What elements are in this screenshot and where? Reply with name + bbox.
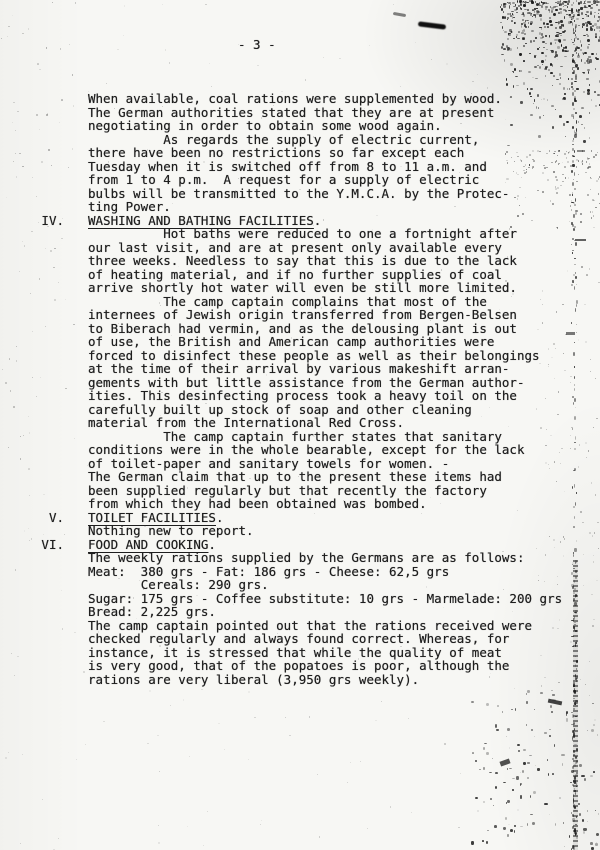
speck	[575, 308, 577, 312]
speck	[257, 65, 259, 66]
speck	[542, 64, 543, 65]
section-iv-title-period: .	[314, 213, 322, 228]
speck	[574, 286, 575, 290]
speck	[582, 150, 583, 152]
speck	[367, 828, 368, 829]
speck	[573, 708, 575, 710]
speck	[28, 28, 29, 29]
speck	[24, 530, 25, 531]
speck	[514, 22, 515, 24]
speck	[503, 30, 504, 32]
speck	[517, 38, 520, 40]
speck	[522, 37, 525, 40]
speck	[492, 758, 493, 760]
speck	[73, 105, 74, 107]
speck	[575, 630, 576, 632]
speck	[13, 161, 15, 162]
speck	[545, 59, 547, 61]
speck	[580, 49, 582, 52]
speck	[549, 36, 550, 38]
speck	[576, 46, 578, 48]
paragraph-hot-baths: Hot baths were reduced to one a fortnigh…	[88, 227, 574, 295]
speck	[534, 55, 537, 57]
speck	[510, 13, 512, 16]
speck	[203, 845, 204, 846]
speck	[317, 774, 318, 775]
speck	[575, 774, 578, 777]
speck	[534, 736, 535, 737]
speck	[573, 2, 575, 4]
speck	[566, 713, 568, 716]
speck	[509, 768, 512, 769]
speck	[68, 167, 69, 169]
speck	[550, 50, 553, 51]
speck	[583, 3, 586, 4]
speck	[550, 705, 552, 708]
speck	[527, 777, 530, 779]
speck	[72, 74, 73, 75]
speck	[575, 30, 576, 32]
speck	[106, 83, 107, 84]
speck	[574, 744, 576, 745]
speck	[549, 35, 551, 38]
speck	[595, 36, 596, 38]
speck	[517, 744, 520, 746]
speck	[32, 377, 33, 378]
speck	[557, 46, 560, 49]
speck	[559, 8, 562, 10]
speck	[583, 828, 586, 831]
speck	[562, 2, 563, 5]
speck	[539, 2, 540, 5]
speck	[563, 47, 566, 49]
ink-dash	[577, 150, 585, 152]
paragraph-rations-meat-cereals: Meat: 380 grs - Fat: 186 grs - Cheese: 6…	[88, 565, 574, 592]
speck	[162, 4, 164, 5]
speck	[593, 619, 594, 621]
speck	[522, 30, 523, 32]
speck	[505, 817, 507, 820]
speck	[16, 360, 17, 361]
speck	[584, 127, 585, 129]
speck	[482, 840, 484, 842]
speck	[544, 26, 546, 28]
speck	[515, 76, 518, 77]
speck	[574, 806, 576, 809]
speck	[524, 33, 526, 35]
speck	[576, 668, 578, 670]
speck	[260, 824, 261, 825]
speck	[583, 53, 585, 56]
speck	[575, 210, 577, 212]
speck	[574, 130, 575, 134]
speck	[577, 67, 578, 70]
section-vi-numeral: VI.	[30, 538, 64, 552]
speck	[513, 85, 514, 88]
speck	[525, 26, 528, 28]
speck	[585, 7, 587, 8]
ink-dash	[575, 239, 586, 241]
speck	[533, 791, 536, 794]
speck	[516, 34, 518, 35]
speck	[596, 26, 599, 28]
speck	[520, 8, 523, 10]
speck	[506, 78, 507, 81]
speck	[575, 560, 577, 563]
speck	[169, 62, 170, 63]
speck	[582, 7, 584, 8]
speck	[581, 161, 583, 163]
speck	[587, 24, 588, 26]
speck	[497, 705, 499, 706]
speck	[559, 3, 561, 6]
speck	[555, 54, 558, 57]
speck	[574, 548, 576, 552]
speck	[537, 11, 540, 13]
speck	[526, 693, 528, 695]
speck	[514, 9, 517, 11]
speck	[554, 744, 556, 747]
speck	[555, 27, 557, 29]
section-iv-heading: IV.WASHING AND BATHING FACILITIES.	[88, 214, 574, 228]
speck	[539, 66, 541, 69]
speck	[574, 780, 576, 784]
speck	[590, 177, 592, 178]
speck	[571, 19, 572, 20]
speck	[563, 87, 565, 90]
speck	[530, 88, 533, 90]
speck	[285, 717, 287, 718]
speck	[590, 28, 593, 31]
speck	[541, 60, 544, 63]
speck	[8, 447, 10, 448]
speck	[569, 835, 570, 838]
speck	[581, 59, 583, 62]
speck	[535, 15, 536, 18]
speck	[561, 24, 563, 27]
speck	[572, 826, 574, 829]
speck	[85, 744, 86, 745]
speck	[538, 4, 539, 5]
speck	[575, 716, 577, 717]
speck	[574, 50, 576, 52]
speck	[501, 54, 504, 55]
speck	[572, 758, 574, 760]
speck	[16, 176, 17, 178]
speck	[574, 62, 576, 64]
speck	[594, 91, 596, 93]
speck	[555, 35, 557, 37]
speck	[524, 24, 525, 27]
speck	[521, 25, 522, 28]
speck	[574, 204, 576, 206]
speck	[573, 846, 575, 850]
speck	[567, 3, 569, 6]
speck	[575, 594, 577, 597]
speck	[593, 156, 595, 158]
speck	[503, 11, 504, 13]
speck	[574, 448, 576, 450]
speck	[528, 26, 530, 28]
speck	[557, 1, 560, 2]
speck	[512, 14, 514, 16]
speck	[576, 300, 578, 304]
speck	[511, 709, 513, 711]
speck	[594, 719, 595, 720]
speck	[595, 378, 597, 380]
speck	[597, 734, 598, 736]
speck	[531, 13, 532, 15]
speck	[553, 13, 556, 16]
speck	[563, 24, 564, 27]
speck	[514, 830, 515, 833]
section-v-numeral: V.	[30, 511, 64, 525]
speck	[559, 33, 562, 35]
speck	[520, 772, 521, 773]
speck	[524, 5, 525, 6]
speck	[582, 522, 584, 523]
speck	[595, 105, 597, 107]
speck	[556, 32, 559, 33]
speck	[564, 30, 566, 32]
speck	[572, 818, 574, 822]
speck	[565, 10, 568, 12]
speck	[527, 12, 530, 14]
speck	[507, 800, 510, 802]
speck	[589, 163, 590, 165]
speck	[39, 69, 40, 70]
speck	[558, 39, 561, 42]
speck	[576, 304, 578, 307]
speck	[586, 457, 587, 458]
speck	[574, 416, 576, 420]
speck	[555, 2, 557, 4]
speck	[591, 53, 594, 55]
speck	[579, 444, 580, 445]
speck	[36, 114, 38, 115]
speck	[571, 712, 572, 713]
speck	[587, 35, 588, 37]
speck	[54, 299, 56, 301]
speck	[527, 9, 529, 11]
speck	[43, 534, 44, 535]
speck	[560, 35, 562, 36]
speck	[594, 15, 595, 17]
speck	[541, 2, 543, 3]
speck	[574, 690, 576, 694]
speck	[516, 776, 518, 779]
speck	[572, 67, 575, 68]
speck	[507, 728, 510, 731]
speck	[590, 842, 593, 845]
speck	[594, 23, 597, 26]
speck	[584, 52, 587, 54]
speck	[531, 30, 534, 32]
speck	[540, 692, 542, 694]
speck	[559, 40, 561, 42]
speck	[524, 9, 527, 10]
speck	[483, 801, 484, 802]
speck	[545, 8, 547, 11]
speck	[560, 0, 561, 3]
speck	[524, 2, 526, 3]
speck	[529, 0, 532, 2]
speck	[523, 45, 525, 47]
speck	[588, 71, 589, 74]
speck	[551, 10, 553, 13]
speck	[503, 48, 506, 50]
speck	[369, 45, 370, 46]
speck	[584, 6, 587, 8]
speck	[504, 59, 505, 62]
speck	[576, 772, 578, 774]
speck	[574, 688, 576, 692]
speck	[596, 180, 598, 182]
speck	[187, 826, 188, 827]
speck	[598, 13, 600, 15]
speck	[572, 784, 573, 786]
speck	[545, 6, 547, 8]
speck	[531, 729, 532, 731]
speck	[547, 759, 548, 761]
speck	[589, 59, 592, 62]
speck	[572, 736, 573, 739]
speck	[527, 823, 528, 826]
speck	[17, 656, 18, 657]
speck	[549, 814, 550, 815]
speck	[446, 63, 447, 64]
speck	[543, 22, 545, 25]
speck	[539, 5, 541, 6]
speck	[571, 770, 573, 773]
paragraph-rations-quality: The camp captain pointed out that the ra…	[88, 619, 574, 687]
speck	[569, 88, 570, 90]
speck	[514, 68, 516, 71]
speck	[588, 44, 590, 45]
section-iv-numeral: IV.	[30, 214, 64, 228]
speck	[415, 42, 416, 43]
speck	[521, 8, 522, 11]
speck	[585, 172, 587, 173]
speck	[576, 122, 577, 124]
speck	[512, 71, 513, 73]
page-number: - 3 -	[238, 38, 276, 52]
speck	[573, 722, 575, 725]
speck	[575, 112, 577, 114]
speck	[2, 369, 3, 370]
speck	[532, 10, 534, 11]
speck	[12, 122, 13, 124]
speck	[578, 466, 579, 467]
speck	[549, 735, 551, 737]
speck	[576, 786, 577, 787]
speck	[530, 13, 532, 15]
speck	[513, 38, 515, 39]
speck	[507, 17, 509, 19]
speck	[551, 50, 554, 53]
speck	[583, 831, 585, 834]
speck	[576, 540, 577, 542]
speck	[569, 14, 571, 16]
speck	[597, 20, 599, 22]
speck	[559, 797, 561, 799]
speck	[575, 644, 576, 647]
speck	[570, 21, 572, 24]
speck	[520, 1, 521, 4]
speck	[500, 22, 502, 23]
section-vi-title: FOOD AND COOKING	[88, 537, 208, 552]
speck	[8, 752, 9, 753]
speck	[393, 4, 394, 5]
speck	[516, 85, 519, 87]
speck	[209, 63, 211, 64]
speck	[555, 6, 558, 7]
paragraph-electric-current: As regards the supply of electric curren…	[88, 133, 574, 214]
speck	[598, 813, 599, 814]
speck	[559, 83, 561, 86]
speck	[522, 12, 523, 15]
speck	[575, 570, 577, 573]
speck	[493, 805, 494, 807]
speck	[48, 149, 50, 151]
speck	[590, 189, 592, 190]
speck	[73, 324, 75, 325]
paragraph-weekly-rations-intro: The weekly rations supplied by the Germa…	[88, 551, 574, 565]
speck	[39, 278, 41, 280]
speck	[552, 694, 555, 695]
speck	[543, 2, 544, 4]
speck	[7, 36, 8, 37]
speck	[10, 390, 12, 392]
speck	[496, 729, 499, 731]
speck	[559, 73, 561, 76]
speck	[586, 24, 588, 26]
speck	[502, 711, 503, 713]
speck	[584, 62, 585, 64]
speck	[375, 720, 376, 721]
speck	[562, 49, 564, 52]
speck	[572, 714, 574, 718]
speck	[590, 13, 592, 15]
speck	[28, 468, 30, 470]
speck	[520, 3, 523, 5]
speck	[576, 492, 578, 494]
speck	[563, 1, 565, 2]
speck	[22, 33, 24, 35]
speck	[598, 1, 600, 3]
speck	[506, 45, 508, 48]
speck	[527, 690, 530, 692]
speck	[75, 2, 76, 4]
speck	[574, 81, 577, 82]
speck	[596, 58, 599, 60]
speck	[562, 31, 565, 33]
speck	[598, 193, 599, 194]
speck	[530, 23, 532, 25]
speck	[76, 759, 77, 760]
speck	[536, 10, 539, 13]
speck	[40, 377, 42, 379]
speck	[45, 248, 46, 249]
speck	[575, 24, 577, 28]
speck	[503, 782, 506, 783]
speck	[559, 26, 561, 29]
speck	[595, 33, 598, 36]
speck	[564, 50, 567, 52]
speck	[591, 217, 593, 218]
speck	[595, 57, 597, 58]
speck	[567, 50, 569, 52]
